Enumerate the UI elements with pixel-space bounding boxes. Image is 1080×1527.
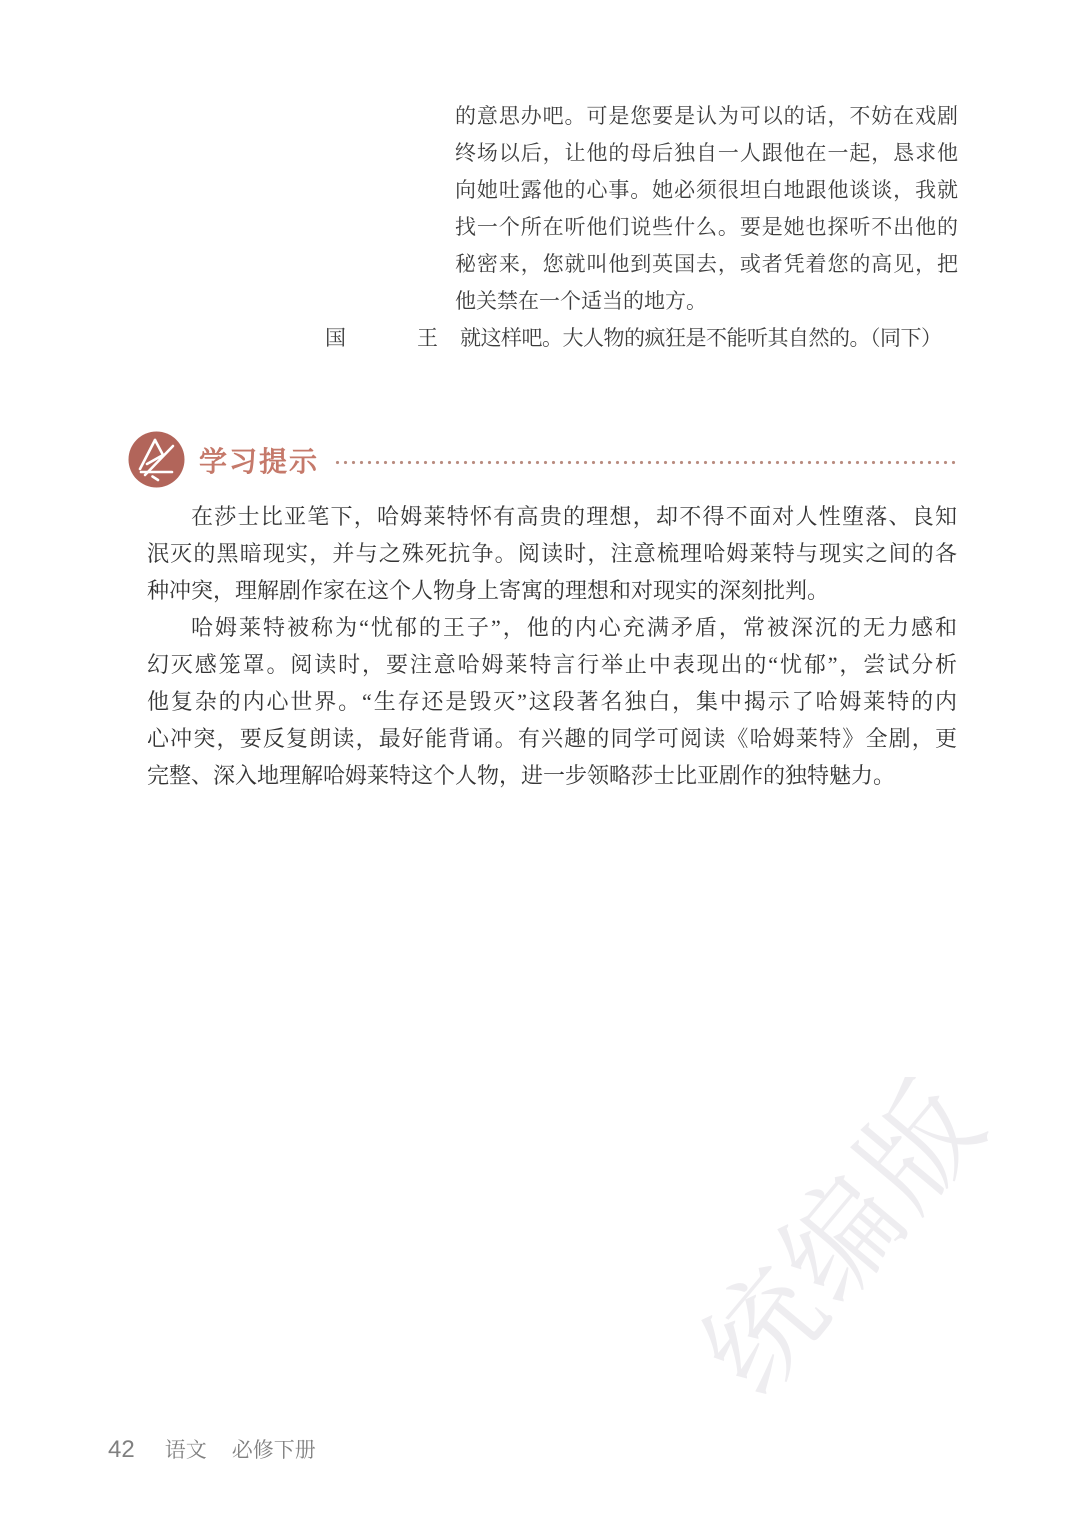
tips-paragraph1-line: 泯灭的黑暗现实，并与之殊死抗争。阅读时，注意梳理哈姆莱特与现实之间的各 — [147, 535, 957, 572]
dialogue-line: 向她吐露他的心事。她必须很坦白地跟他谈谈，我就 — [455, 172, 958, 209]
dialogue-line: 找一个所在听他们说些什么。要是她也探听不出他的 — [455, 209, 958, 246]
speaker-char-first: 国 — [325, 320, 346, 357]
textbook-page: 的意思办吧。可是您要是认为可以的话，不妨在戏剧 终场以后，让他的母后独自一人跟他… — [0, 0, 1080, 1527]
dialogue-line-last: 他关禁在一个适当的地方。 — [455, 283, 958, 320]
play-dialogue-continuation: 的意思办吧。可是您要是认为可以的话，不妨在戏剧 终场以后，让他的母后独自一人跟他… — [455, 98, 958, 320]
dialogue-line: 秘密来，您就叫他到英国去，或者凭着您的高见，把 — [455, 246, 958, 283]
speaker-char-second: 王 — [417, 320, 438, 357]
pep-press-logo-icon — [128, 431, 185, 488]
speaker-speech: 就这样吧。大人物的疯狂是不能听其自然的。（同下） — [460, 320, 942, 357]
tips-paragraph2-line-last: 完整、深入地理解哈姆莱特这个人物，进一步领略莎士比亚剧作的独特魅力。 — [147, 757, 957, 794]
page-number: 42 — [108, 1436, 135, 1464]
tips-paragraph2-line: 幻灭感笼罩。阅读时，要注意哈姆莱特言行举止中表现出的“忧郁”，尝试分析 — [147, 646, 957, 683]
tips-paragraph2-line: 心冲突，要反复朗读，最好能背诵。有兴趣的同学可阅读《哈姆莱特》全剧，更 — [147, 720, 957, 757]
tips-paragraph2-line: 他复杂的内心世界。“生存还是毁灭”这段著名独白，集中揭示了哈姆莱特的内 — [147, 683, 957, 720]
study-tips-header: 学习提示 — [128, 431, 958, 488]
study-tips-body: 在莎士比亚笔下，哈姆莱特怀有高贵的理想，却不得不面对人性堕落、良知 泯灭的黑暗现… — [147, 498, 957, 794]
edition-watermark: 统编版 — [657, 1038, 1017, 1422]
dialogue-line: 的意思办吧。可是您要是认为可以的话，不妨在戏剧 — [455, 98, 958, 135]
study-tips-title: 学习提示 — [199, 440, 319, 480]
tips-paragraph1-line-last: 种冲突，理解剧作家在这个人物身上寄寓的理想和对现实的深刻批判。 — [147, 572, 957, 609]
dotted-rule — [335, 460, 958, 465]
tips-paragraph1-line: 在莎士比亚笔下，哈姆莱特怀有高贵的理想，却不得不面对人性堕落、良知 — [147, 498, 957, 535]
page-footer: 42 语文 必修下册 — [108, 1434, 316, 1464]
dialogue-speaker-row: 国 王 就这样吧。大人物的疯狂是不能听其自然的。（同下） — [325, 320, 985, 357]
footer-volume: 必修下册 — [232, 1434, 316, 1464]
footer-subject: 语文 — [165, 1434, 207, 1464]
speaker-name: 国 王 — [325, 320, 438, 357]
tips-paragraph2-line: 哈姆莱特被称为“忧郁的王子”，他的内心充满矛盾，常被深沉的无力感和 — [147, 609, 957, 646]
dialogue-line: 终场以后，让他的母后独自一人跟他在一起，恳求他 — [455, 135, 958, 172]
